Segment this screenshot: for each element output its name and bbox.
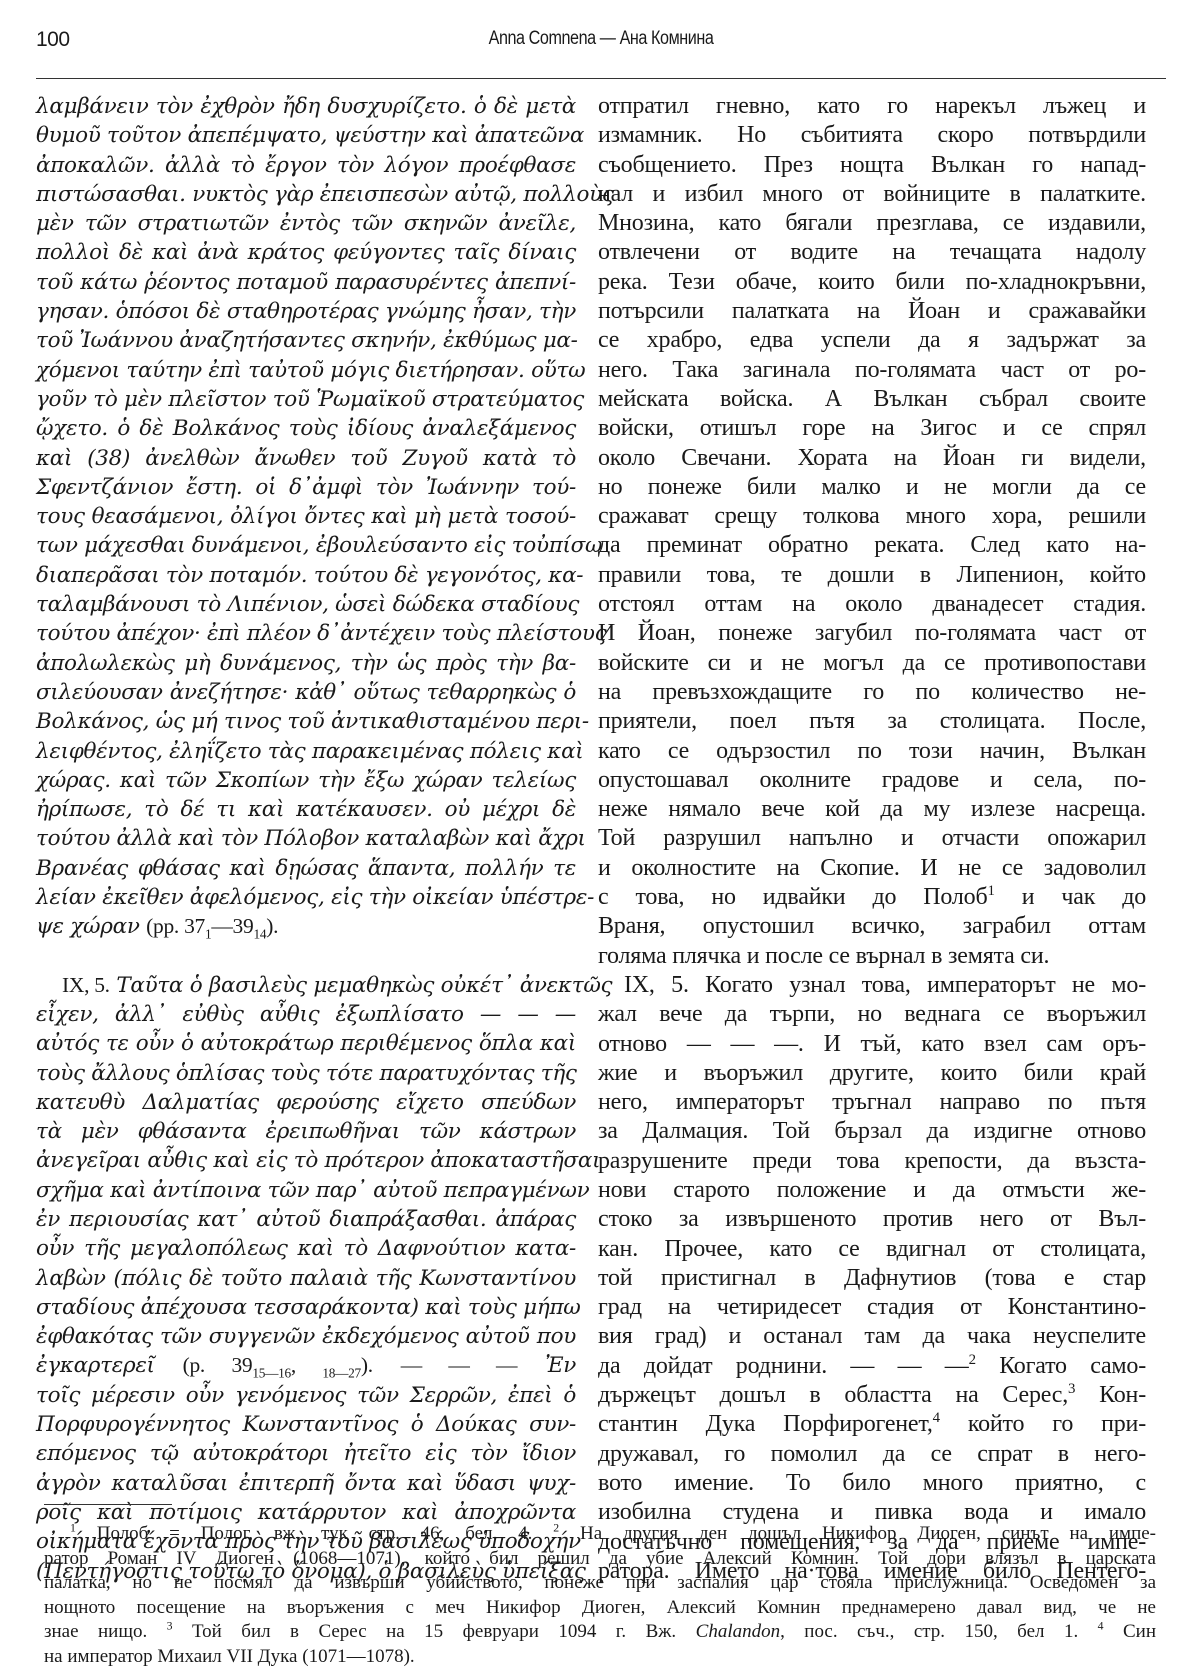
text-line: τοῦ κάτω ῥέοντος ποταμοῦ παρασυρέντες ἀπ… [36, 268, 576, 297]
text-line: той пристигнал в Дафнутиов (това е стар [598, 1264, 1146, 1293]
text-line: επόμενος τῷ αὐτοκράτορι ἠτεῖτο εἰς τὸν ἴ… [36, 1439, 576, 1468]
text-line: голяма плячка и после се върнал в земята… [598, 942, 1146, 971]
text-line: ἐν περιουσίας κατ᾽ αὐτοῦ διαπράξασθαι. ἀ… [36, 1205, 576, 1234]
header-rule [36, 78, 1166, 79]
text-line: Πορφυρογέννητος Κωνσταντῖνος ὁ Δούκας συ… [36, 1410, 576, 1439]
text-line: град на четиридесет стадия от Константин… [598, 1293, 1146, 1322]
text-line: нови старото положение и да отмъсти же- [598, 1176, 1146, 1205]
text-line: сражават срещу толкова много хора, решил… [598, 502, 1146, 531]
text-line: отстоял оттам на около дванадесет стадия… [598, 590, 1146, 619]
text-line: измамник. Но събитията скоро потвърдили [598, 121, 1146, 150]
text-line: вия град) и останал там да чака неуспели… [598, 1322, 1146, 1351]
text-line: него. Така загинала по-голямата част от … [598, 356, 1146, 385]
footnote-marker[interactable]: 4 [933, 1410, 940, 1426]
text-line: τοῖς μέρεσιν οὖν γενόμενος τῶν Σερρῶν, ἐ… [36, 1381, 576, 1410]
text-line: Βολκάνος, ὡς μή τινος τοῦ ἀντικαθισταμέν… [36, 707, 576, 736]
text-line: на превъзхождащите го по количество не- [598, 678, 1146, 707]
text-line: ᾤχετο. ὁ δὲ Βολκάνος τοὺς ἰδίους ἀναλεξά… [36, 414, 576, 443]
text-line: Βρανέας φθάσας καὶ δῃώσας ἅπαντα, πολλήν… [36, 854, 576, 883]
text-line: дружавал, го помолил да се спрат в него- [598, 1440, 1146, 1469]
text-line: τους θεασάμενοι, ὀλίγοι ὄντες καὶ μὴ μετ… [36, 502, 576, 531]
text-line: κατευθὺ Δαλματίας φερούσης εἴχετο σπεύδω… [36, 1088, 576, 1117]
text-line: μὲν τῶν στρατιωτῶν ἐντὸς τῶν σκηνῶν ἀνεῖ… [36, 209, 576, 238]
page-reference: (pp. 371—3914). [146, 914, 278, 938]
text-line: ἀνεγεῖραι αὖθις καὶ εἰς τὸ πρότερον ἀποκ… [36, 1146, 576, 1175]
text-line: за Далмация. Той бързал да издигне отнов… [598, 1117, 1146, 1146]
text-line: τούτου ἀλλὰ καὶ τὸν Πόλοβον καταλαβὼν κα… [36, 824, 576, 853]
text-line-with-footnote-marker: с това, но идвайки до Полоб1 и чак до [598, 883, 1146, 912]
text-line: да преминат обратно реката. След като на… [598, 531, 1146, 560]
text-line: войски, отишъл горе на Зигос и се спрял [598, 414, 1146, 443]
footnote-rule [44, 1504, 172, 1505]
text-line: τὰ μὲν φθάσαντα ἐρειπωθῆναι τῶν κάστρων [36, 1117, 576, 1146]
footnote-line: знае нищо. 3 Той бил в Серес на 15 февру… [44, 1620, 1156, 1645]
text-line: οὖν τῆς μεγαλοπόλεως καὶ τὸ Δαφνούτιον κ… [36, 1234, 576, 1263]
page-header: 100 Anna Comnena — Ана Комнина [36, 26, 1166, 56]
text-line: ἀγρὸν καταλῦσαι ἐπιτερπῆ ὄντα καὶ ὕδασι … [36, 1469, 576, 1498]
running-title: Anna Comnena — Ана Комнина [121, 28, 1082, 50]
text-line: отпратил гневно, като го нарекъл лъжец и [598, 92, 1146, 121]
text-line: τούτου ἀπέχον· ἐπὶ πλέον δ᾽ἀντέχειν τοὺς… [36, 619, 576, 648]
text-line: отвлечени от водите на течащата надолу [598, 238, 1146, 267]
text-line: неже нямало вече кой да му излезе насрещ… [598, 795, 1146, 824]
bulgarian-column: отпратил гневно, като го нарекъл лъжец и… [598, 92, 1146, 1586]
text-line: λαβὼν (πόλις δὲ τοῦτο παλαιὰ τῆς Κωνσταν… [36, 1264, 576, 1293]
text-line: σιλεύουσαν ἀνεζήτησε· κἀθ᾽ οὕτως τεθαρρη… [36, 678, 576, 707]
footnote-marker[interactable]: 2 [969, 1352, 976, 1368]
text-line: Враня, опустошил всичко, заграбил оттам [598, 912, 1146, 941]
section-first-line: IX, 5. Ταῦτα ὁ βασιλεὺς μεμαθηκὼς οὐκέτ᾽… [36, 971, 576, 1000]
page-reference: (p. 3915—16, 18—27). [183, 1353, 373, 1377]
text-line: отново — — —. И тъй, като взел сам оръ- [598, 1030, 1146, 1059]
text-line: вото имение. То било много приятно, с [598, 1469, 1146, 1498]
text-line: πολλοὶ δὲ καὶ ἀνὰ κράτος φεύγοντες ταῖς … [36, 238, 576, 267]
text-line: γησαν. ὁπόσοι δὲ σταθηροτέρας γνώμης ἦσα… [36, 297, 576, 326]
text-line: χόμενοι ταύτην ἐπὶ ταὐτοῦ μόγις διετήρησ… [36, 356, 576, 385]
text-line: ἠρίπωσε, τὸ δέ τι καὶ κατέκαυσεν. οὐ μέχ… [36, 795, 576, 824]
text-line: Той разрушил напълно и отчасти опожарил [598, 824, 1146, 853]
text-line: потърсили палатката на Йоан и сражавайки [598, 297, 1146, 326]
text-line: кан. Прочее, като се вдигнал от столицат… [598, 1235, 1146, 1264]
cited-author: Chalandon [696, 1621, 780, 1642]
text-line: жие и въоръжил другите, които били край [598, 1059, 1146, 1088]
text-line: и околностите на Скопие. И не се задовол… [598, 854, 1146, 883]
text-line: река. Тези обаче, които били по-хладнокр… [598, 268, 1146, 297]
text-line: λαμβάνειν τὸν ἐχθρὸν ἤδη δυσχυρίζετο. ὁ … [36, 92, 576, 121]
text-line: жал вече да търпи, но веднага се въоръжи… [598, 1000, 1146, 1029]
text-line: διαπερᾶσαι τὸν ποταμόν. τούτου δὲ γεγονό… [36, 561, 576, 590]
footnote-line: палатка, но не посмял да извърши убийств… [44, 1571, 1156, 1596]
text-line: ἀπολωλεκὼς μὴ δυνάμενος, τὴν ὡς πρὸς τὴν… [36, 649, 576, 678]
section-number: IX, 5. [62, 973, 110, 997]
text-line: ἐφθακότας τῶν συγγενῶν ἐκδεχόμενος αὐτοῦ… [36, 1322, 576, 1351]
text-line: правили това, те дошли в Липенион, който [598, 561, 1146, 590]
text-line: приятели, поел пътя за столицата. После, [598, 707, 1146, 736]
text-line: λείαν ἐκεῖθεν ἀφελόμενος, εἰς τὴν οἰκεία… [36, 883, 576, 912]
text-line-with-reference: ἐγκαρτερεῖ (p. 3915—16, 18—27). — — — Ἐν [36, 1351, 576, 1380]
text-line: καὶ (38) ἀνελθὼν ἄνωθεν τοῦ Ζυγοῦ κατὰ τ… [36, 444, 576, 473]
text-line: като се одързостил по този начин, Вълкан [598, 737, 1146, 766]
text-line: σταδίους ἀπέχουσα τεσσαράκοντα) καὶ τοὺς… [36, 1293, 576, 1322]
greek-column: λαμβάνειν τὸν ἐχθρὸν ἤδη δυσχυρίζετο. ὁ … [36, 92, 576, 1586]
text-line: него, императорът тръгнал направо по път… [598, 1088, 1146, 1117]
footnote-marker[interactable]: 1 [987, 883, 994, 899]
text-line-with-footnote-marker: държецът дошъл в областта на Серес,3 Кон… [598, 1381, 1146, 1410]
text-line: των μάχεσθαι δυνάμενοι, ἐβουλεύσαντο εἰς… [36, 531, 576, 560]
text-line: се храбро, едва успели да я задържат за [598, 326, 1146, 355]
text-line: около Свечани. Хората на Йоан ги видели, [598, 444, 1146, 473]
text-line-with-reference: ψε χώραν (pp. 371—3914). [36, 912, 576, 941]
text-line: Σφεντζάνιον ἔστη. οἱ δ᾽ἀμφὶ τὸν Ἰωάννην … [36, 473, 576, 502]
text-line: войските си и не могъл да се противопост… [598, 649, 1146, 678]
text-line: τοῦ Ἰωάννου ἀναζητήσαντες σκηνήν, ἐκθύμω… [36, 326, 576, 355]
footnote-line: 1 Полоб = Полог, вж. тук стр. 46, бел. 4… [44, 1522, 1156, 1547]
text-line-with-footnote-marker: стантин Дука Порфирогенет,4 който го при… [598, 1410, 1146, 1439]
text-line: разрушените преди това крепости, да възс… [598, 1147, 1146, 1176]
text-line: αὐτός τε οὖν ὁ αὐτοκράτωρ περιθέμενος ὅπ… [36, 1029, 576, 1058]
text-line: γοῦν τὸ μὲν πλεῖστον τοῦ Ῥωμαϊκοῦ στρατε… [36, 385, 576, 414]
text-line: Мнозина, като бягали презглава, се издав… [598, 209, 1146, 238]
text-line: εἶχεν, ἀλλ᾽ εὐθὺς αὖθις ἐξωπλίσατο — — — [36, 1000, 576, 1029]
footnotes: 1 Полоб = Полог, вж. тук стр. 46, бел. 4… [44, 1522, 1156, 1670]
text-line: χώρας. καὶ τῶν Σκοπίων τὴν ἔξω χώραν τελ… [36, 766, 576, 795]
footnote-line: на император Михаил VII Дука (1071—1078)… [44, 1645, 1156, 1670]
text-line: стоко за извършеното против него от Въл- [598, 1205, 1146, 1234]
text-line: λειφθέντος, ἐληΐζετο τὰς παρακειμένας πό… [36, 737, 576, 766]
text-line: ἀποκαλῶν. ἀλλὰ τὸ ἔργον τὸν λόγον προέφθ… [36, 151, 576, 180]
text-line: мейската войска. А Вълкан събрал своите [598, 385, 1146, 414]
text-line: И Йоан, понеже загубил по-голямата част … [598, 619, 1146, 648]
text-line: но понеже били малко и не могли да се [598, 473, 1146, 502]
text-line: опустошавал околните градове и села, по- [598, 766, 1146, 795]
page-number: 100 [36, 28, 70, 52]
text-line: нал и избил много от войниците в палатки… [598, 180, 1146, 209]
text-line: ταλαμβάνουσι τὸ Λιπένιον, ὡσεὶ δώδεκα στ… [36, 590, 576, 619]
text-line: θυμοῦ τοῦτον ἀπεπέμψατο, ψεύστην καὶ ἀπα… [36, 121, 576, 150]
text-line: πιστώσασθαι. νυκτὸς γὰρ ἐπεισπεσὼν αὐτῷ,… [36, 180, 576, 209]
paragraph-gap [36, 942, 576, 971]
text-line: σχῆμα καὶ ἀντίποινα τῶν παρ᾽ αὐτοῦ πεπρα… [36, 1176, 576, 1205]
text-line: съобщението. През нощта Вълкан го напад- [598, 151, 1146, 180]
text-line: τοὺς ἄλλους ὁπλίσας τοὺς τότε παρατυχόντ… [36, 1059, 576, 1088]
text-line-with-footnote-marker: да дойдат роднини. — — —2 Когато само- [598, 1352, 1146, 1381]
footnote-line: нощното посещение на въоръжения с меч Ни… [44, 1596, 1156, 1621]
section-first-line: IX, 5. Когато узнал това, императорът не… [598, 971, 1146, 1000]
footnote-line: ратор Роман IV Диоген (1068—1071), който… [44, 1547, 1156, 1572]
